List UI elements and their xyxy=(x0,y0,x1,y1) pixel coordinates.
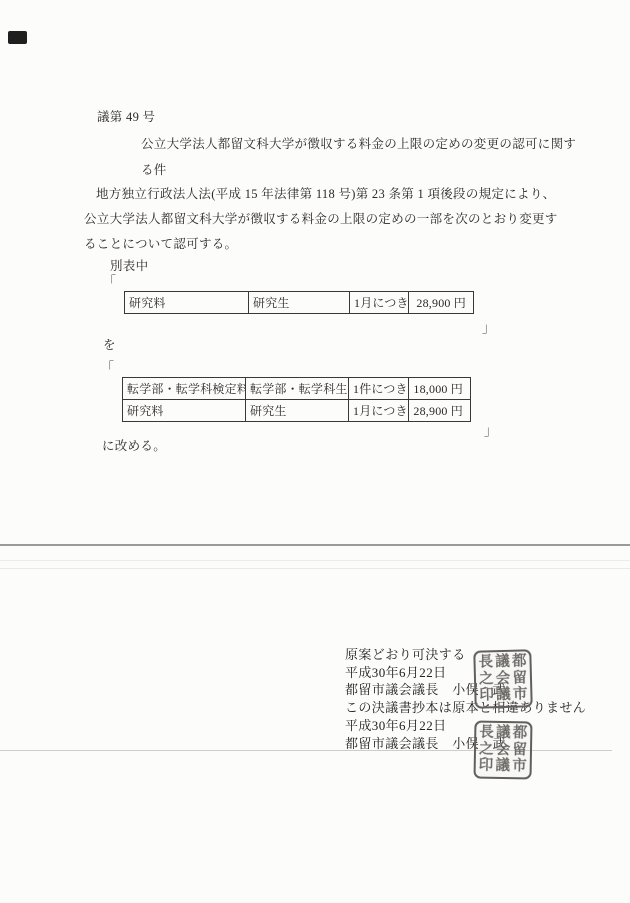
table-row: 研究料 研究生 1月につき 28,900 円 xyxy=(123,400,471,422)
closing-line: に改める。 xyxy=(102,436,166,454)
seal-text-column: 長之印 xyxy=(479,725,494,775)
open-bracket-before: 「 xyxy=(103,271,116,290)
seal-text-column: 議会議 xyxy=(495,725,510,775)
doc-title-line2: る件 xyxy=(141,160,167,178)
fee-unit-cell: 1月につき xyxy=(350,292,409,314)
close-bracket-before: 」 xyxy=(482,317,495,336)
fee-unit-cell: 1月につき xyxy=(349,400,409,422)
approval-date-line: 平成30年6月22日 xyxy=(345,664,586,682)
certification-line: この決議書抄本は原本と相違ありません xyxy=(345,699,586,717)
close-bracket-after: 」 xyxy=(484,420,497,439)
separator-line-faint-2 xyxy=(0,568,630,569)
table-row: 転学部・転学科検定料 転学部・転学科生 1件につき 18,000 円 xyxy=(123,378,471,400)
approval-block: 原案どおり可決する 平成30年6月22日 都留市議会議長 小俣 武 この決議書抄… xyxy=(345,646,586,752)
fee-amount-cell: 18,000 円 xyxy=(409,378,471,400)
seal-text-column: 議会議 xyxy=(495,654,511,704)
separator-line-faint-1 xyxy=(0,560,630,561)
fee-table-before: 研究料 研究生 1月につき 28,900 円 xyxy=(124,291,474,314)
open-bracket-after: 「 xyxy=(101,357,114,376)
approval-result-line: 原案どおり可決する xyxy=(345,646,586,664)
fee-name-cell: 研究料 xyxy=(123,400,246,422)
fee-payer-cell: 研究生 xyxy=(249,292,350,314)
seal-text-column: 長之印 xyxy=(478,654,494,704)
fee-payer-cell: 転学部・転学科生 xyxy=(246,378,349,400)
fee-table-after: 転学部・転学科検定料 転学部・転学科生 1件につき 18,000 円 研究料 研… xyxy=(122,377,471,422)
chair-signature-line: 都留市議会議長 小俣 武 xyxy=(345,681,586,699)
doc-title-line1: 公立大学法人都留文科大学が徴収する料金の上限の定めの変更の認可に関す xyxy=(141,134,576,152)
doc-number: 議第 49 号 xyxy=(97,107,155,125)
fee-unit-cell: 1件につき xyxy=(349,378,409,400)
fee-name-cell: 転学部・転学科検定料 xyxy=(123,378,246,400)
scanned-document-page: 議第 49 号 公立大学法人都留文科大学が徴収する料金の上限の定めの変更の認可に… xyxy=(0,0,630,903)
seal-text-column: 都留市 xyxy=(512,653,528,703)
council-chair-seal-2: 都留市 議会議 長之印 xyxy=(473,720,532,779)
council-chair-seal-1: 都留市 議会議 長之印 xyxy=(473,649,532,708)
seal-text-column: 都留市 xyxy=(512,725,527,775)
fee-amount-cell: 28,900 円 xyxy=(409,292,474,314)
certification-date-line: 平成30年6月22日 xyxy=(345,717,586,735)
table-row: 研究料 研究生 1月につき 28,900 円 xyxy=(125,292,474,314)
separator-line-strong xyxy=(0,544,630,546)
body-line3: ることについて認可する。 xyxy=(84,234,237,252)
fee-amount-cell: 28,900 円 xyxy=(409,400,471,422)
scan-corner-mark xyxy=(8,31,27,44)
body-line1: 地方独立行政法人法(平成 15 年法律第 118 号)第 23 条第 1 項後段… xyxy=(96,184,555,202)
fee-payer-cell: 研究生 xyxy=(246,400,349,422)
body-line2: 公立大学法人都留文科大学が徴収する料金の上限の定めの一部を次のとおり変更す xyxy=(84,209,558,227)
fee-name-cell: 研究料 xyxy=(125,292,249,314)
particle-wo: を xyxy=(103,335,116,353)
